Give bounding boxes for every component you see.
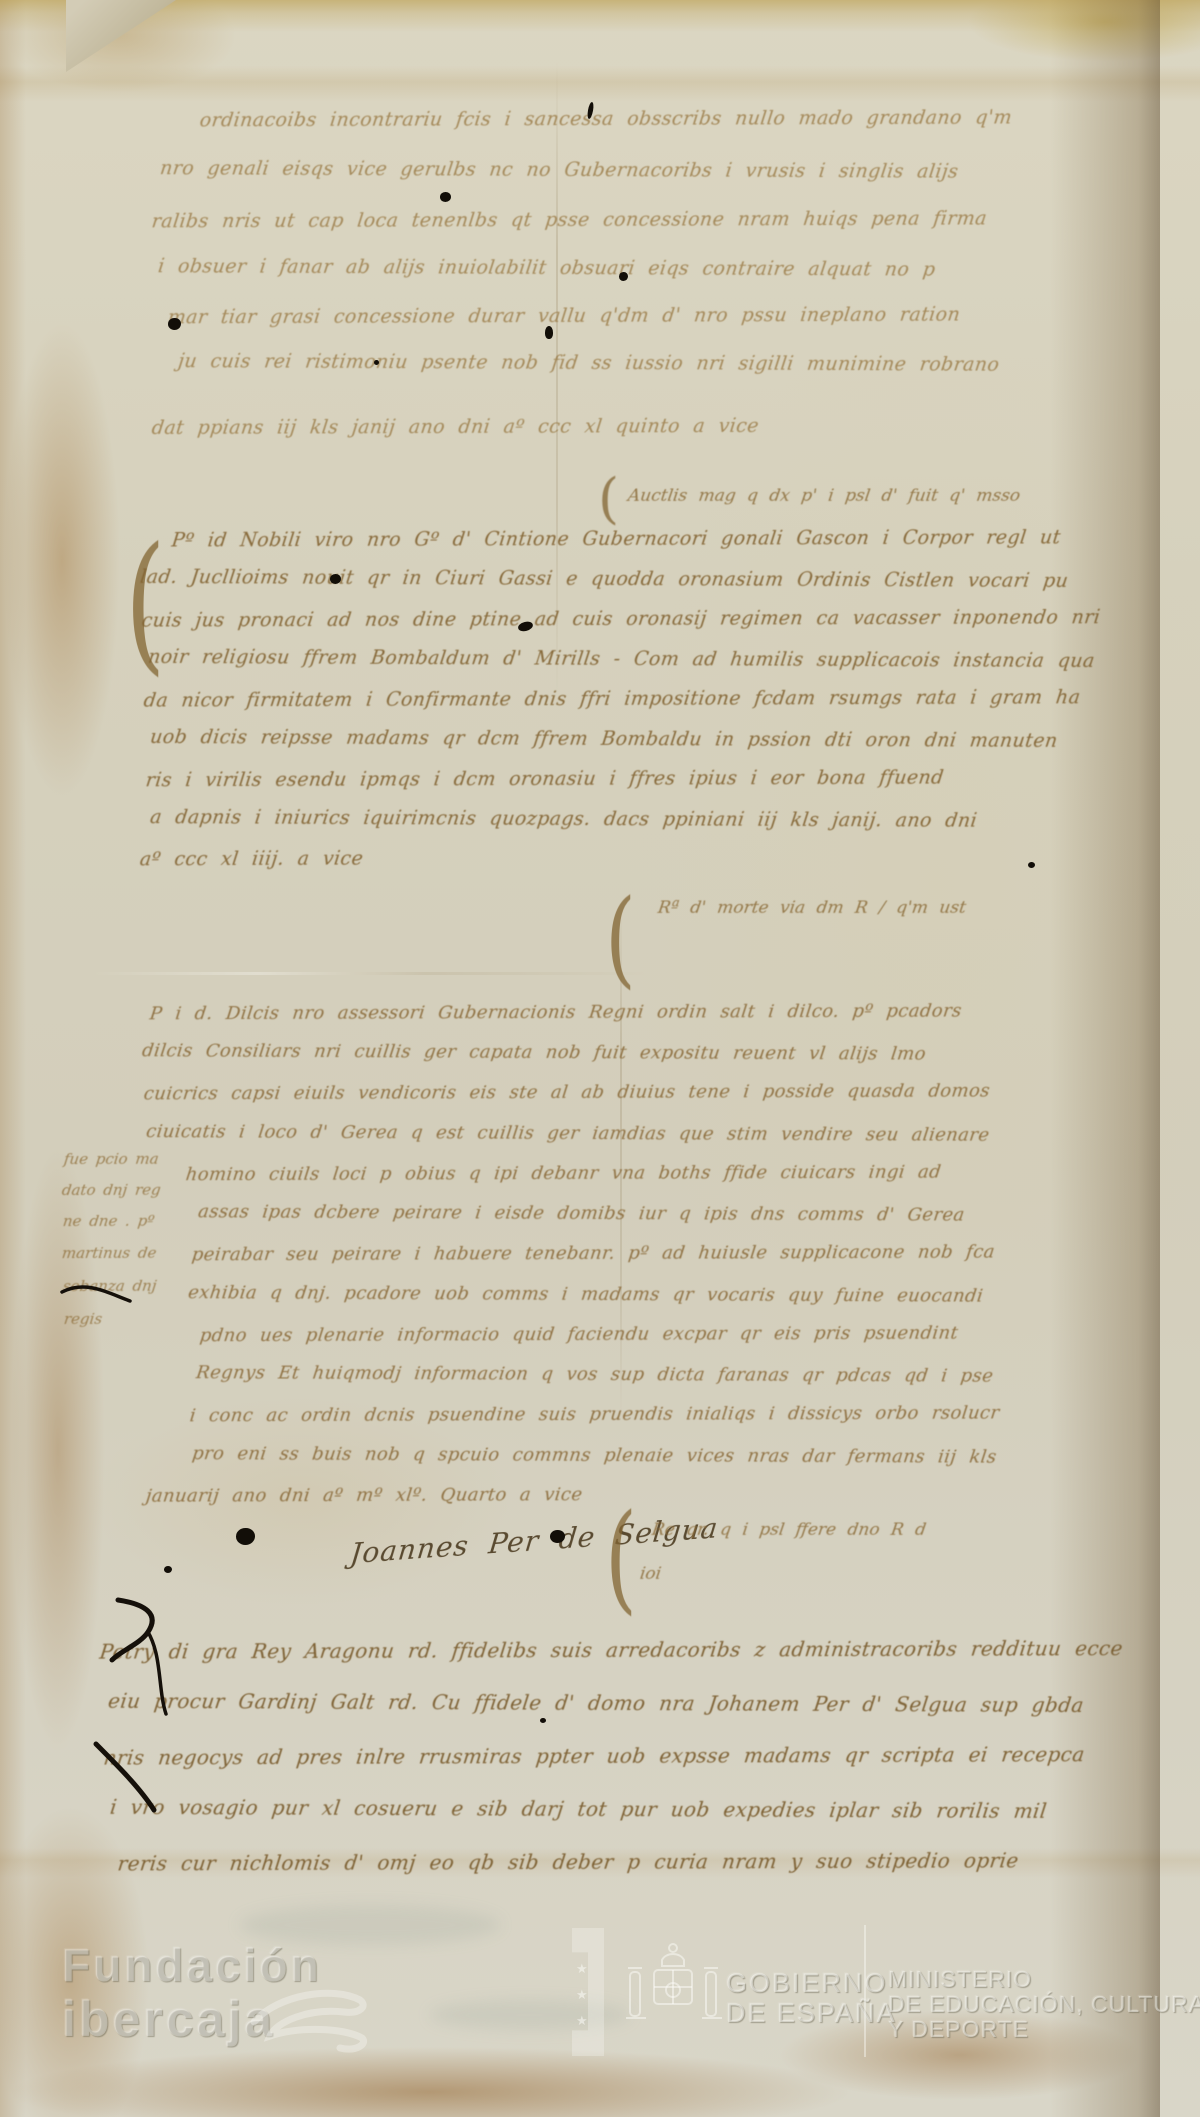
text-line: pdno ues plenarie informacio quid facien…	[199, 1323, 960, 1347]
text-line: a dapnis i iniurics iquirimcnis quozpags…	[149, 806, 979, 832]
watermark-ministerio-line3: Y DEPORTE	[888, 2016, 1029, 2043]
text-line: pro eni ss buis nob q spcuio commns plen…	[191, 1443, 998, 1468]
star-icon: ★	[576, 2014, 588, 2029]
text-line: Regnys Et huiqmodj informacion q vos sup…	[195, 1362, 995, 1386]
text-line: mar tiar grasi concessione durar vallu q…	[167, 304, 962, 329]
text-line: ciuicatis i loco d' Gerea q est cuillis …	[145, 1121, 991, 1146]
document-page: ordinacoibs incontrariu fcis i sancessa …	[0, 0, 1200, 2117]
ink-squiggles	[0, 0, 260, 2117]
text-line: ris i virilis esendu ipmqs i dcm oronasi…	[145, 767, 946, 792]
ink-blot	[440, 192, 451, 202]
ink-blot	[550, 1530, 565, 1543]
spain-coat-of-arms-icon	[618, 1938, 728, 2048]
watermark-divider	[864, 1925, 866, 2057]
ink-blot	[619, 272, 628, 281]
registration-note: ioi	[639, 1564, 663, 1584]
page-edge-shading	[1050, 0, 1160, 2117]
text-line: cuis jus pronaci ad nos dine ptine ad cu…	[140, 606, 1101, 631]
text-line: peirabar seu peirare i habuere tenebanr.…	[191, 1242, 997, 1266]
manuscript-photo: ordinacoibs incontrariu fcis i sancessa …	[0, 0, 1200, 2117]
text-line: i obsuer i fanar ab alijs inuiolabilit o…	[157, 255, 937, 280]
watermark-ministerio-line1: MINISTERIO	[888, 1966, 1032, 1993]
text-line: lad. Jucllioims nouit qr in Ciuri Gassi …	[139, 566, 1070, 592]
text-line: homino ciuils loci p obius q ipi debanr …	[185, 1162, 943, 1186]
text-line: cuicrics capsi eiuils vendicoris eis ste…	[143, 1081, 992, 1105]
ink-blot	[1028, 862, 1035, 868]
watermark-ibercaja: ibercaja	[62, 1990, 275, 2048]
ink-blot	[545, 326, 553, 339]
text-line: noir religiosu ffrem Bombaldum d' Mirill…	[147, 646, 1096, 672]
text-line: exhibia q dnj. pcadore uob comms i madam…	[187, 1282, 985, 1306]
text-line: ju cuis rei ristimoniu psente nob fid ss…	[177, 350, 1001, 376]
paper-crease	[556, 60, 558, 700]
ink-blot	[330, 574, 341, 584]
text-line: ordinacoibs incontrariu fcis i sancessa …	[199, 107, 1014, 132]
registration-note: Auctlis mag q dx p' i psl d' fuit q' mss…	[627, 486, 1022, 506]
ibercaja-swirl-icon	[248, 1978, 378, 2068]
flourish-paren: (	[605, 886, 636, 991]
text-line: da nicor firmitatem i Confirmante dnis f…	[142, 686, 1081, 711]
watermark-de-espana: DE ESPAÑA	[726, 1998, 897, 2029]
flourish-paren: (	[605, 1498, 637, 1616]
text-line: uob dicis reipsse madams qr dcm ffrem Bo…	[149, 726, 1059, 752]
ink-blot	[540, 1718, 546, 1723]
flourish-paren: (	[598, 472, 619, 526]
text-line: assas ipas dcbere peirare i eisde domibs…	[197, 1201, 966, 1225]
registration-note: Rª d' morte via dm R / q'm ust	[657, 898, 968, 918]
ink-blot	[374, 360, 379, 365]
watermark-ministerio-line2: DE EDUCACIÓN, CULTURA	[888, 1991, 1200, 2018]
text-line: nro genali eisqs vice gerulbs nc no Gube…	[159, 157, 960, 182]
text-line: i conc ac ordin dcnis psuendine suis pru…	[189, 1403, 1001, 1427]
text-line: P i d. Dilcis nro assessori Gubernacioni…	[149, 1001, 963, 1025]
star-icon: ★	[576, 1962, 588, 1977]
text-line: ralibs nris ut cap loca tenenlbs qt psse…	[151, 208, 989, 233]
text-line: Pº id Nobili viro nro Gº d' Cintione Gub…	[171, 526, 1062, 551]
registration-note: Re qr. q i psl ffere dno R d	[651, 1520, 928, 1540]
star-icon: ★	[576, 1988, 588, 2003]
